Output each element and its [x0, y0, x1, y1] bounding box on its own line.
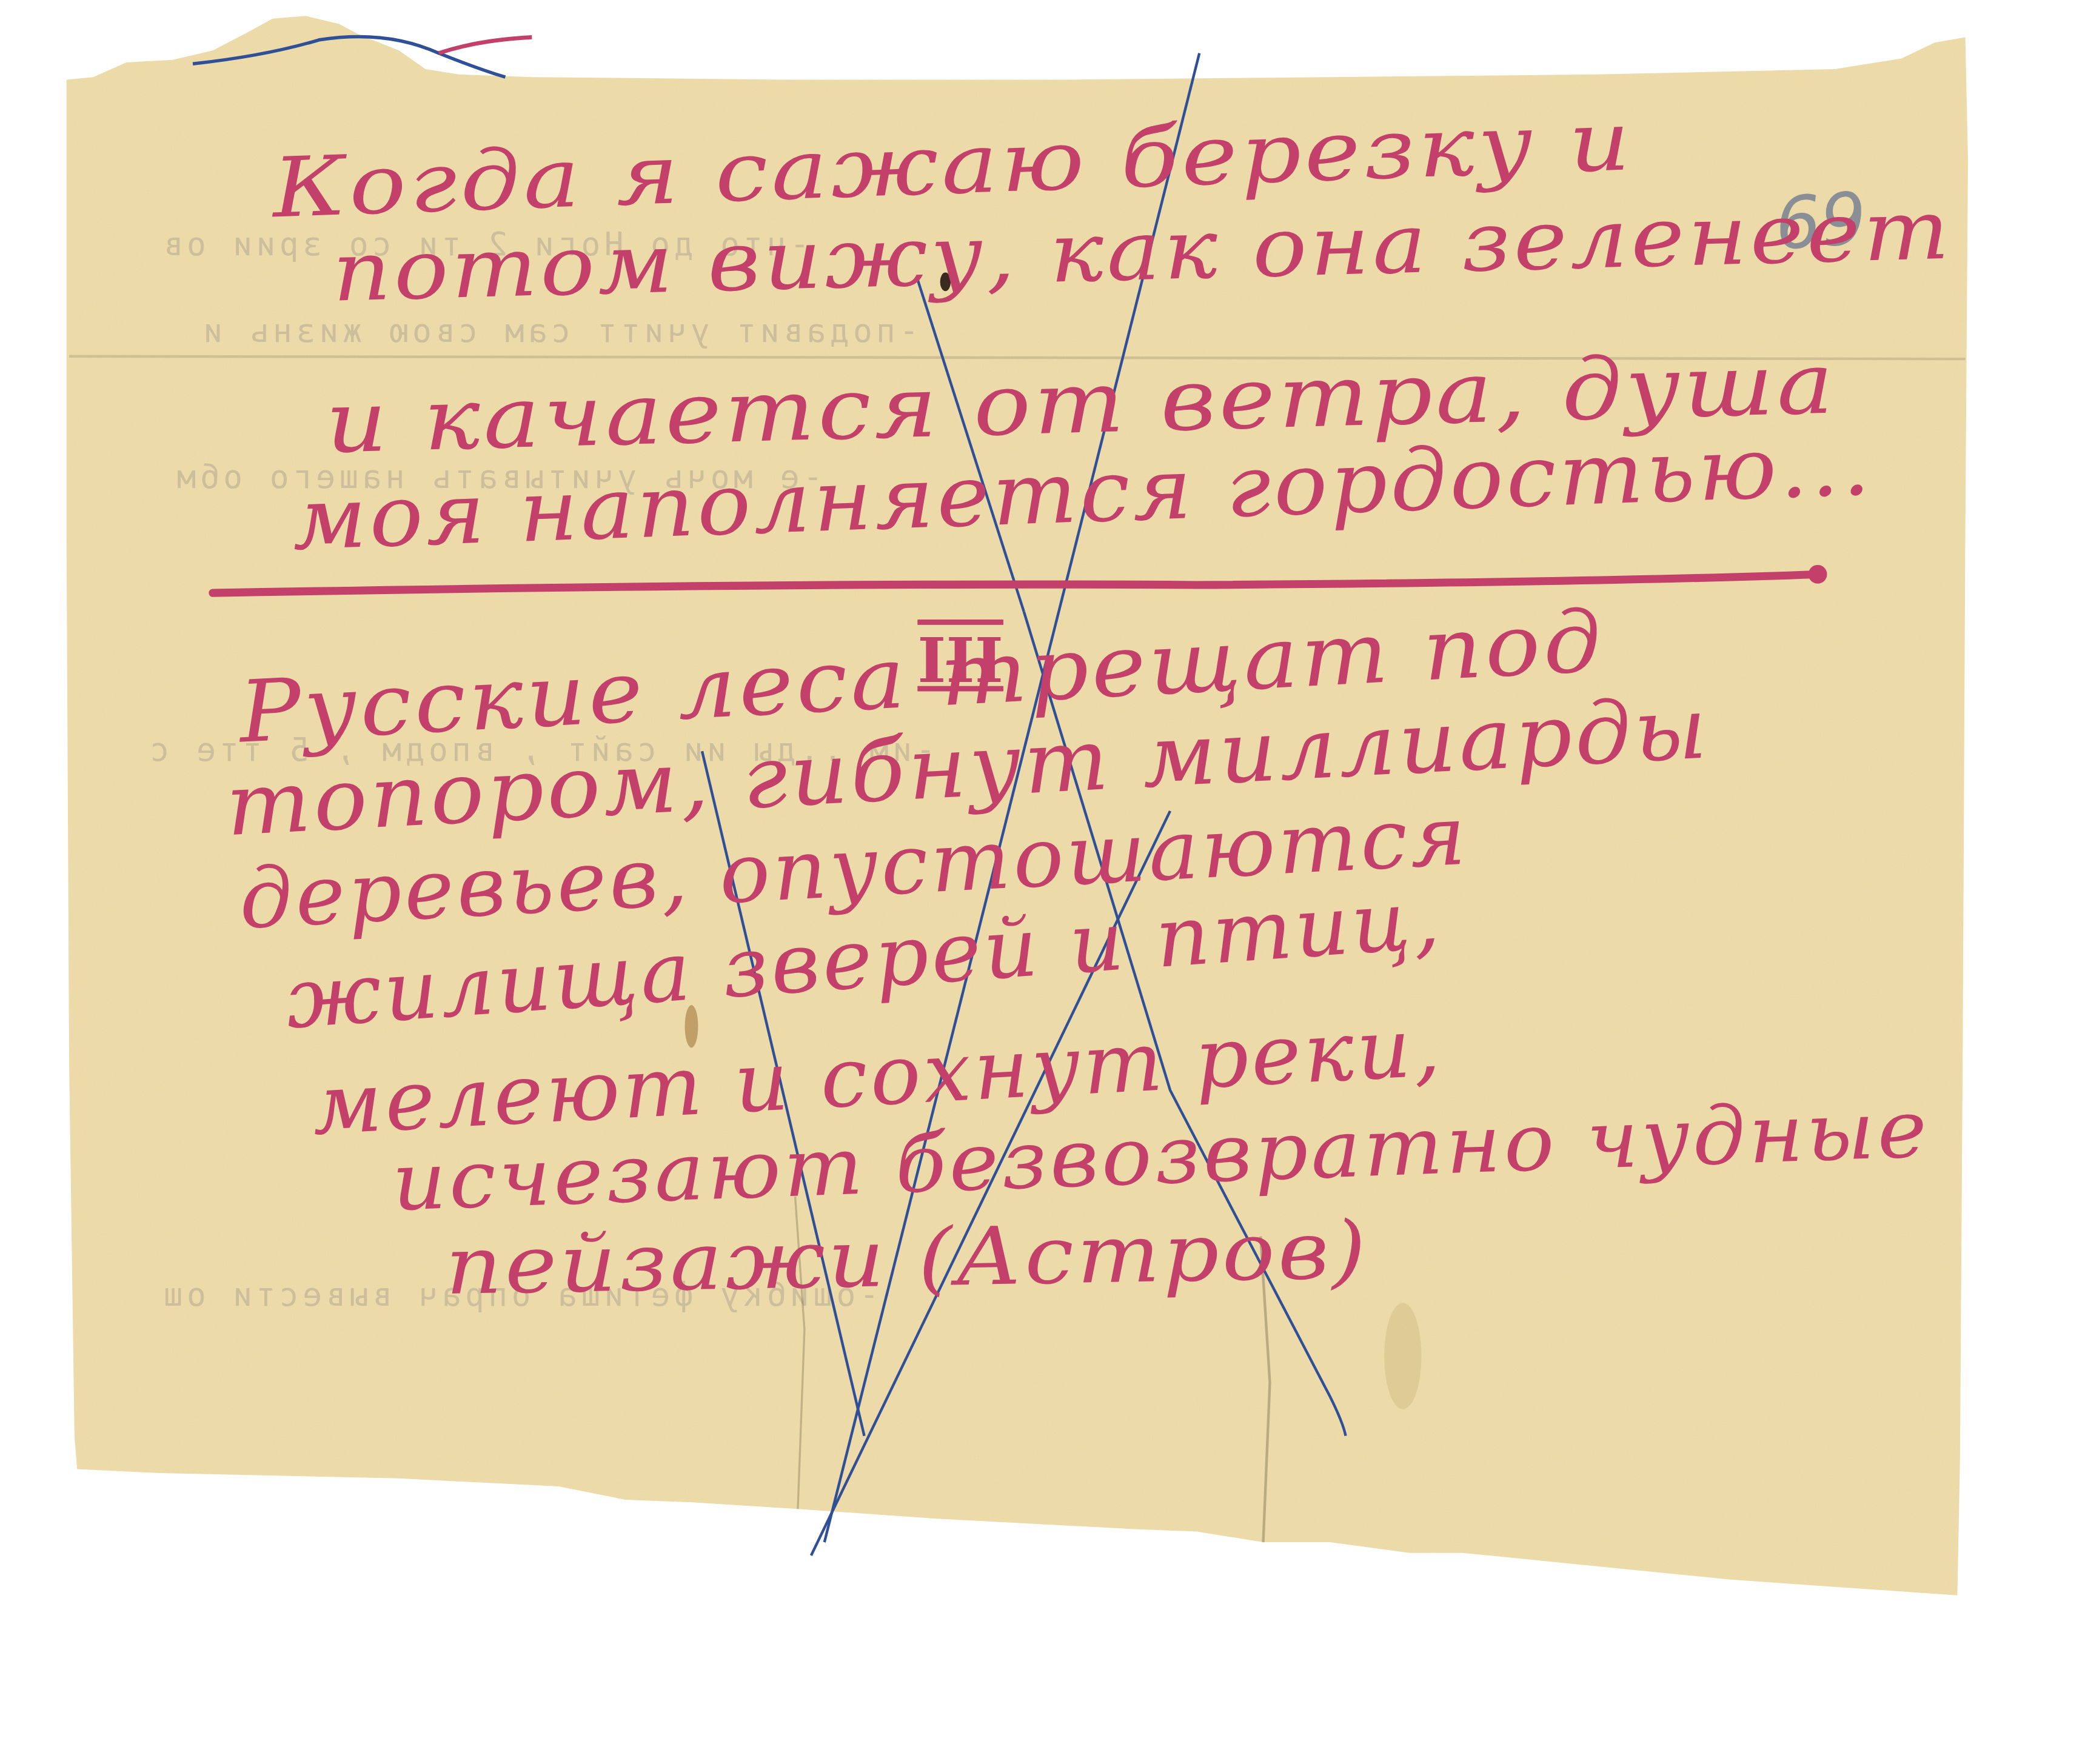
quote-2-line-7: пейзажи (Астров) [444, 1204, 1370, 1314]
ink-top-stroke [439, 37, 532, 53]
stain [1384, 1303, 1421, 1409]
document-stage: -что до Ноги 2 ти со зрии ов -подавит уч… [0, 0, 2085, 1764]
bleed-through-line-2: -подавит учитт сам свою жизнь и [199, 312, 919, 349]
divider-end-dot [1809, 565, 1827, 584]
